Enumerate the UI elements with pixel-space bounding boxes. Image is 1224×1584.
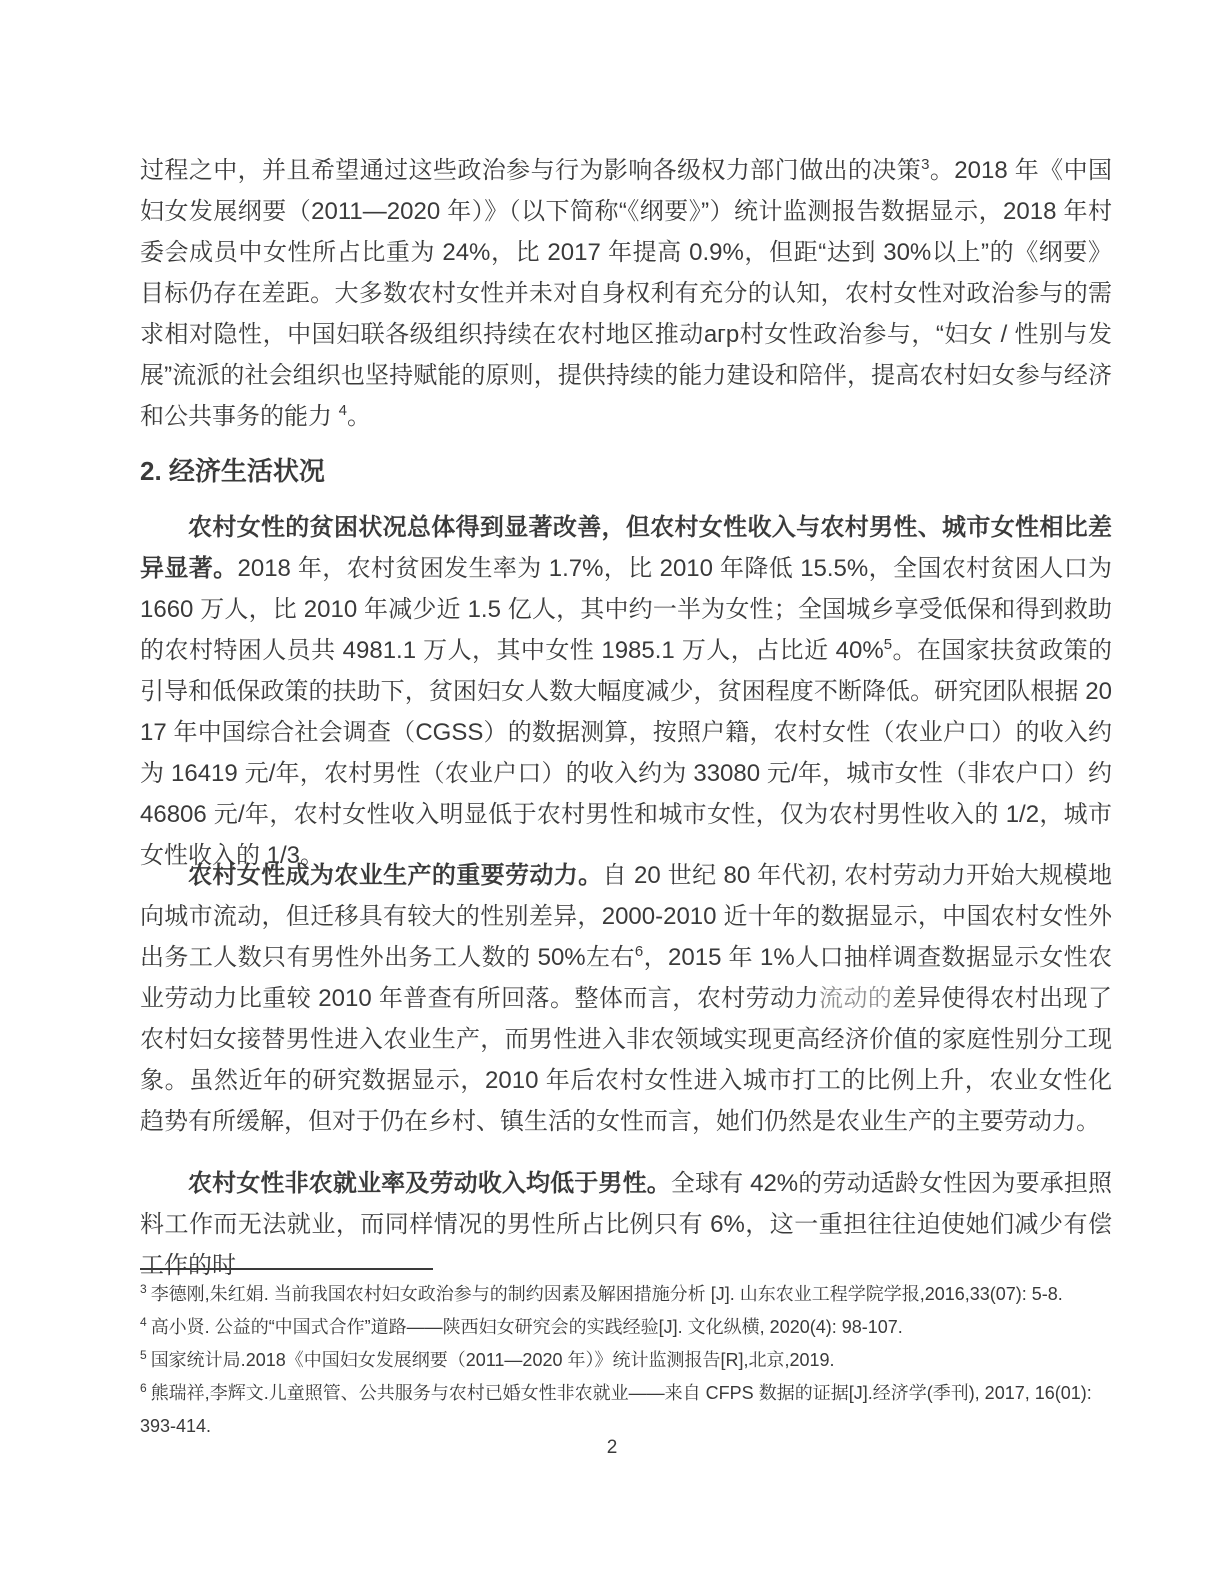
footnote-text: 高小贤. 公益的“中国式合作”道路——陕西妇女研究会的实践经验[J]. 文化纵横… xyxy=(151,1317,903,1337)
footnote-number: 4 xyxy=(140,1315,147,1329)
footnote-ref: 6 xyxy=(635,943,643,960)
paragraph-agricultural-labor: 农村女性成为农业生产的重要劳动力。自 20 世纪 80 年代初, 农村劳动力开始… xyxy=(140,855,1112,1142)
paragraph-political-participation: 过程之中，并且希望通过这些政治参与行为影响各级权力部门做出的决策3。2018 年… xyxy=(140,150,1112,437)
footnote-text: 熊瑞祥,李辉文.儿童照管、公共服务与农村已婚女性非农就业——来自 CFPS 数据… xyxy=(140,1383,1092,1436)
section-heading-economic-life: 2. 经济生活状况 xyxy=(140,451,1112,491)
footnote-text: 国家统计局.2018《中国妇女发展纲要（2011—2020 年）》统计监测报告[… xyxy=(151,1350,835,1370)
footnote-section: 3李德刚,朱红娟. 当前我国农村妇女政治参与的制约因素及解困措施分析 [J]. … xyxy=(140,1268,1112,1443)
footnote-number: 6 xyxy=(140,1381,147,1395)
footnote-item: 6熊瑞祥,李辉文.儿童照管、公共服务与农村已婚女性非农就业——来自 CFPS 数… xyxy=(140,1377,1112,1443)
footnote-item: 3李德刚,朱红娟. 当前我国农村妇女政治参与的制约因素及解困措施分析 [J]. … xyxy=(140,1278,1112,1311)
paragraph-poverty-status: 农村女性的贫困状况总体得到显著改善，但农村女性收入与农村男性、城市女性相比差异显… xyxy=(140,507,1112,876)
bold-lead-text: 农村女性成为农业生产的重要劳动力。 xyxy=(188,862,603,889)
muted-text: 流动的 xyxy=(819,985,892,1012)
footnote-ref: 5 xyxy=(884,636,892,653)
footnote-ref: 4 xyxy=(339,402,347,419)
document-page: 过程之中，并且希望通过这些政治参与行为影响各级权力部门做出的决策3。2018 年… xyxy=(0,0,1224,1584)
footnote-separator xyxy=(140,1268,433,1270)
page-number: 2 xyxy=(0,1437,1224,1459)
footnote-list: 3李德刚,朱红娟. 当前我国农村妇女政治参与的制约因素及解困措施分析 [J]. … xyxy=(140,1278,1112,1443)
bold-lead-text: 农村女性的贫困状况总体得到显著改善，但农村女性收入与农村男性、城市女性相比差异显… xyxy=(140,514,1112,582)
footnote-number: 3 xyxy=(140,1282,147,1296)
footnote-text: 李德刚,朱红娟. 当前我国农村妇女政治参与的制约因素及解困措施分析 [J]. 山… xyxy=(151,1284,1063,1304)
footnote-ref: 3 xyxy=(921,156,929,173)
footnote-item: 5国家统计局.2018《中国妇女发展纲要（2011—2020 年）》统计监测报告… xyxy=(140,1344,1112,1377)
footnote-number: 5 xyxy=(140,1348,147,1362)
footnote-item: 4高小贤. 公益的“中国式合作”道路——陕西妇女研究会的实践经验[J]. 文化纵… xyxy=(140,1311,1112,1344)
bold-lead-text: 农村女性非农就业率及劳动收入均低于男性。 xyxy=(188,1170,671,1197)
